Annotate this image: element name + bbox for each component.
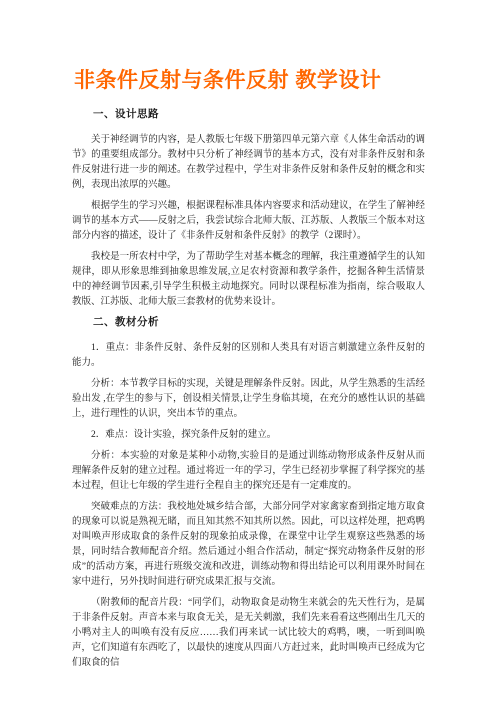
paragraph-difficult-point-analysis: 分析：本实验的对象是某种小动物,实验目的是通过训练动物形成条件反射从而理解条件反… [72,449,425,494]
section-heading-design-approach: 一、设计思路 [72,108,425,121]
paragraph-difficult-point: 2．难点：设计实验，探究条件反射的建立。 [72,428,425,443]
paragraph-teacher-narration: （附教师的配音片段：“同学们，动物取食是动物生来就会的先天性行为，是属于非条件反… [72,596,425,671]
paragraph-key-point-analysis: 分析：本节教学目标的实现，关键是理解条件反射。因此，从学生熟悉的生活经验出发 ,… [72,377,425,422]
document-title: 非条件反射与条件反射 教学设计 [74,68,425,93]
paragraph-design-3: 我校是一所农村中学，为了帮助学生对基本概念的理解，我注重遵循学生的认知规律，即从… [72,250,425,310]
paragraph-key-point: 1．重点：非条件反射、条件反射的区别和人类具有对语言刺激建立条件反射的能力。 [72,341,425,371]
paragraph-design-2: 根据学生的学习兴趣，根据课程标准具体内容要求和活动建议，在学生了解神经调节的基本… [72,199,425,244]
document-page: 非条件反射与条件反射 教学设计 一、设计思路 关于神经调节的内容，是人教版七年级… [0,0,496,702]
paragraph-breakthrough-method: 突破难点的方法：我校地处城乡结合部，大部分同学对家禽家畜到指定地方取食的现象可以… [72,500,425,590]
paragraph-design-1: 关于神经调节的内容，是人教版七年级下册第四单元第六章《人体生命活动的调节》的重要… [72,133,425,193]
section-heading-material-analysis: 二、教材分析 [72,316,425,329]
